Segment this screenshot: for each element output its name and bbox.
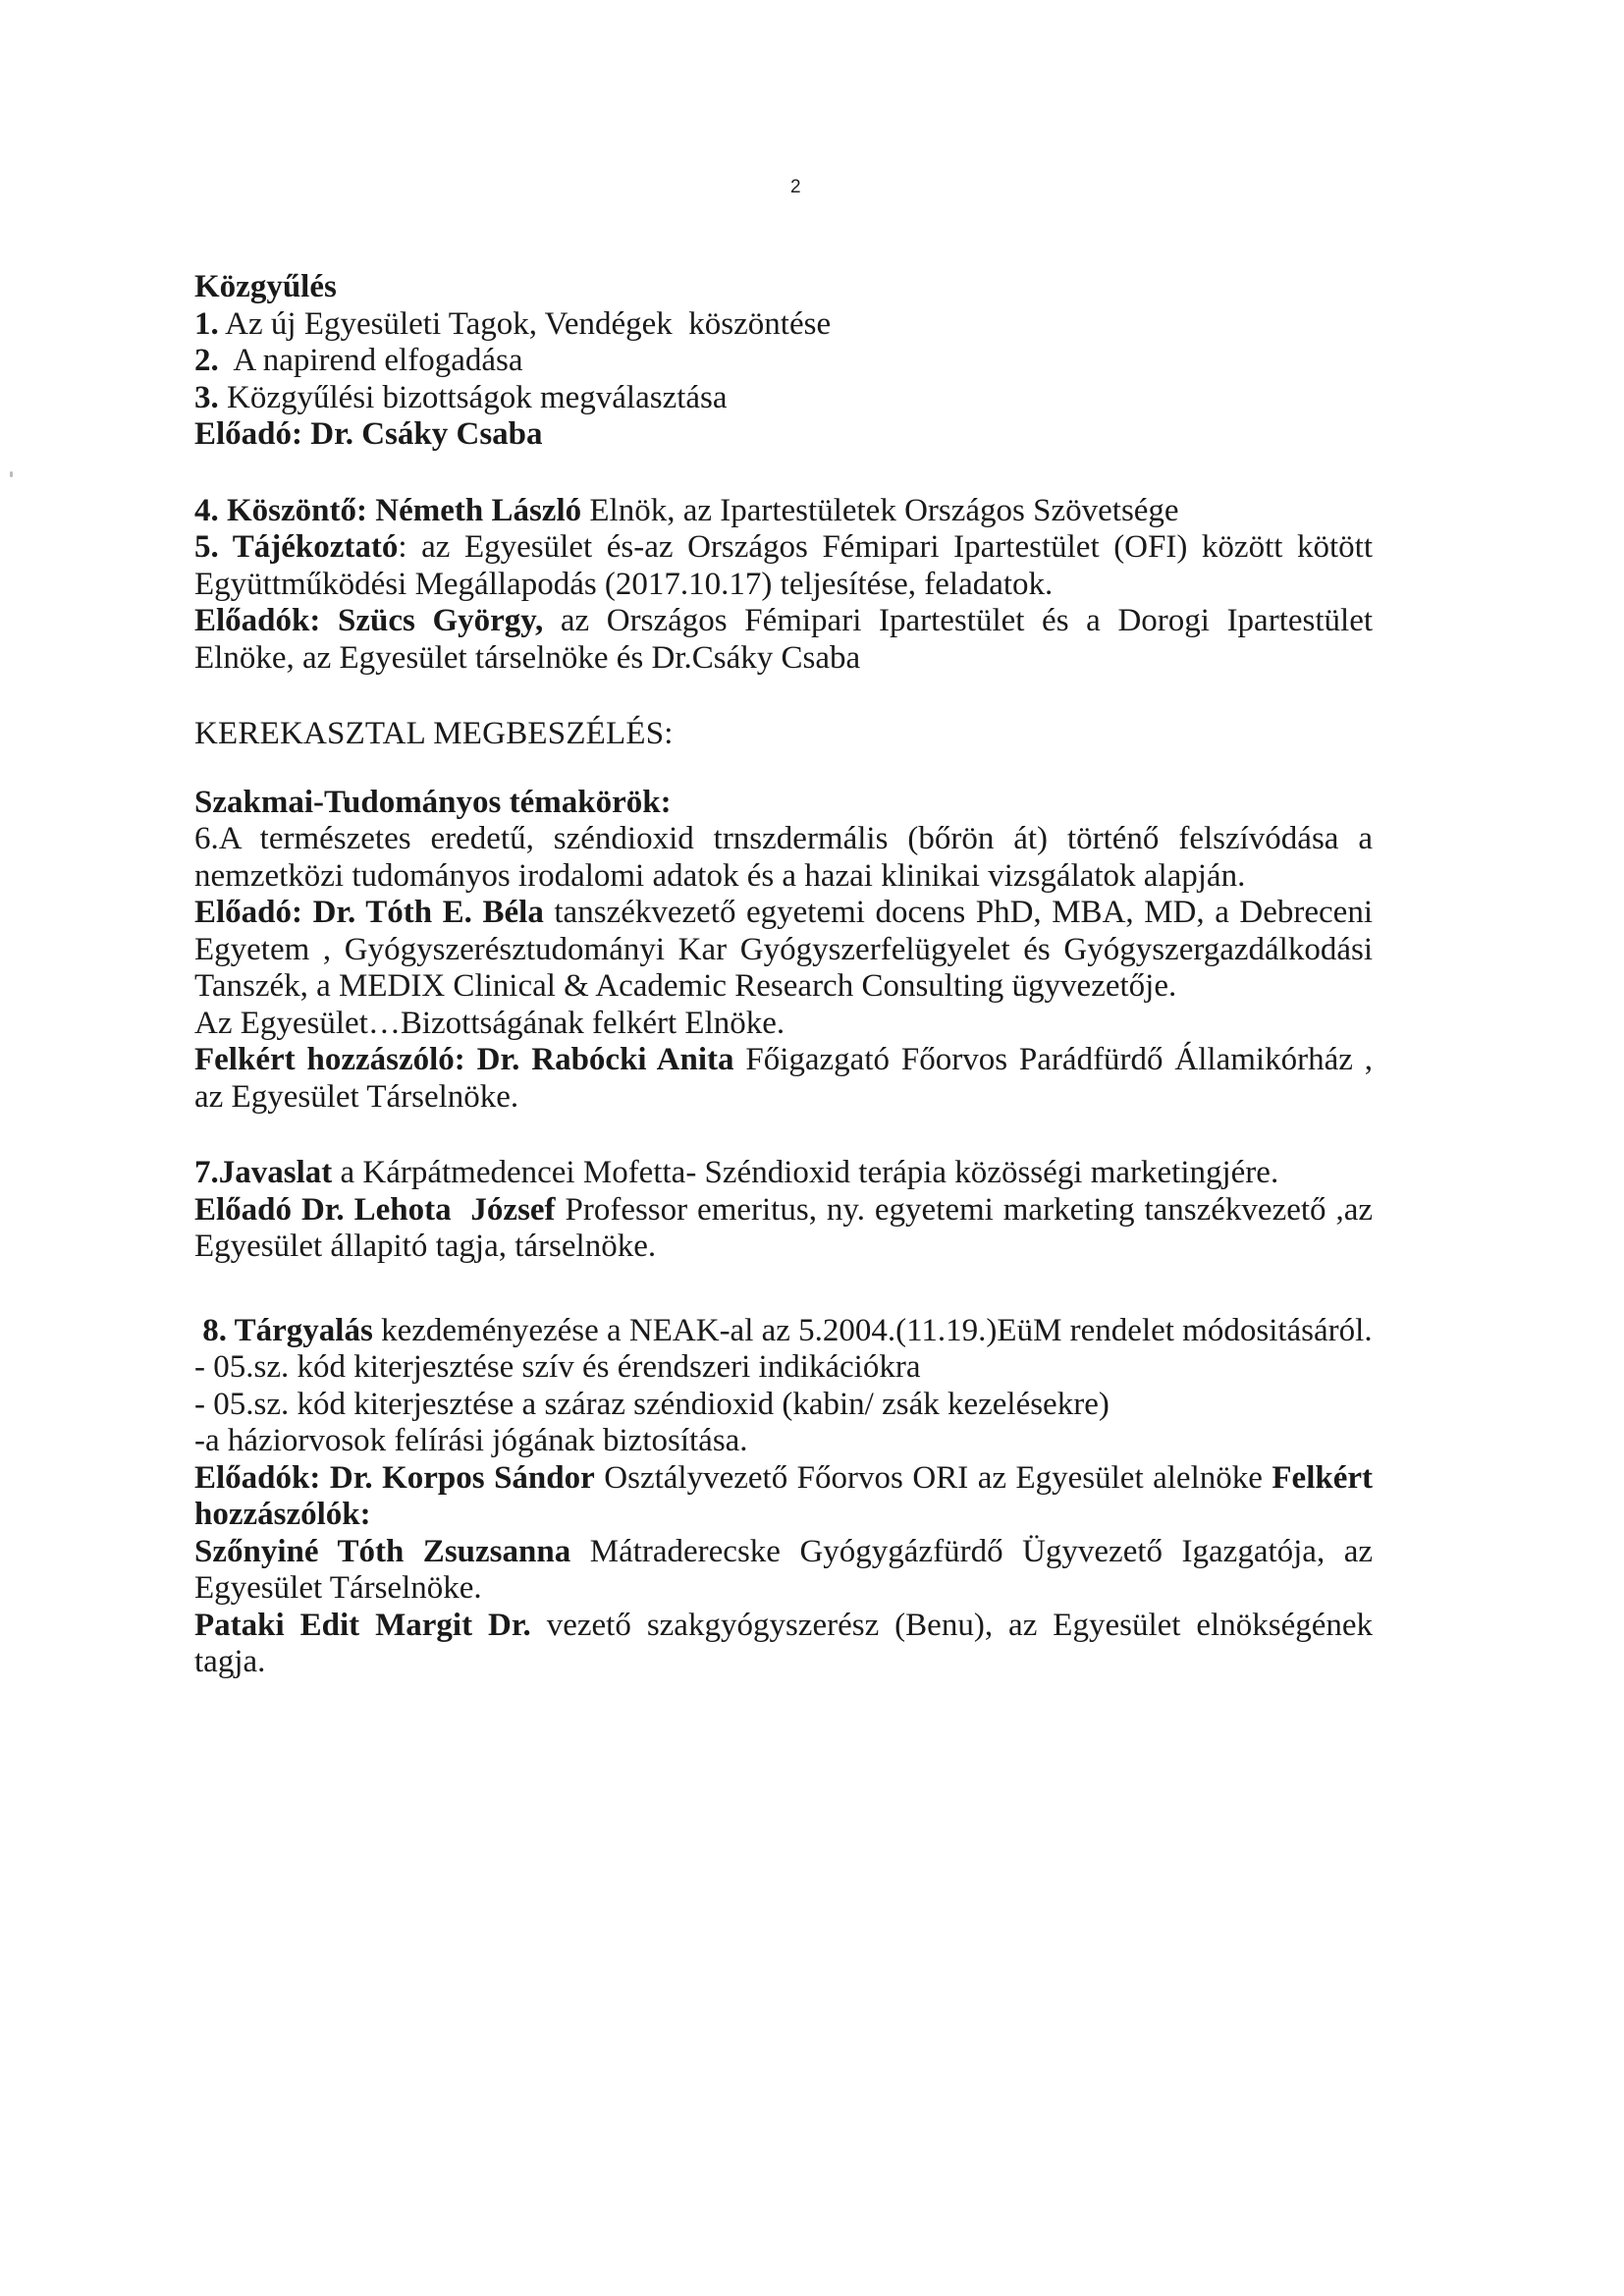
agenda-item-8-presenters: Előadók: Dr. Korpos Sándor Osztályvezető…: [194, 1460, 1373, 1534]
item-number: 1.: [194, 306, 219, 342]
agenda-item-6: 6.A természetes eredetű, széndioxid trns…: [194, 821, 1373, 895]
agenda-item-8-bullet: -a háziorvosok felírási jógának biztosít…: [194, 1423, 1373, 1460]
contributor-2: Pataki Edit Margit Dr. vezető szakgyógys…: [194, 1608, 1373, 1681]
contributor-2-name: Pataki Edit Margit Dr.: [194, 1608, 531, 1643]
item-4-text: Elnök, az Ipartestületek Országos Szövet…: [581, 493, 1178, 528]
agenda-item-2: 2. A napirend elfogadása: [194, 343, 1373, 380]
item-text: Az új Egyesületi Tagok, Vendégek köszönt…: [219, 306, 831, 342]
item-8-text: kezdeményezése a NEAK-al az 5.2004.(11.1…: [373, 1313, 1373, 1348]
item-6-contributor-bold: Felkért hozzászóló: Dr. Rabócki Anita: [194, 1042, 733, 1077]
agenda-item-5-presenters: Előadók: Szücs György, az Országos Fémip…: [194, 603, 1373, 677]
item-number: 2.: [194, 343, 219, 378]
page-number: 2: [790, 177, 801, 198]
agenda-item-6-presenter: Előadó: Dr. Tóth E. Béla tanszékvezető e…: [194, 895, 1373, 1006]
agenda-item-8-bullet: - 05.sz. kód kiterjesztése szív és érend…: [194, 1349, 1373, 1387]
item-5-bold: 5. Tájékoztató: [194, 529, 398, 565]
item-5-presenters-bold: Előadók: Szücs György,: [194, 603, 543, 638]
document-body: Közgyűlés 1. Az új Egyesületi Tagok, Ven…: [194, 269, 1373, 1681]
item-8-presenters-text: Osztályvezető Főorvos ORI az Egyesület a…: [595, 1460, 1272, 1496]
roundtable-heading: KEREKASZTAL MEGBESZÉLÉS:: [194, 716, 1373, 753]
agenda-item-5: 5. Tájékoztató: az Egyesület és-az Orszá…: [194, 529, 1373, 603]
item-text: A napirend elfogadása: [219, 343, 523, 378]
contributor-1: Szőnyiné Tóth Zsuzsanna Mátraderecske Gy…: [194, 1534, 1373, 1608]
item-6-presenter-bold: Előadó: Dr. Tóth E. Béla: [194, 895, 544, 930]
agenda-item-7-presenter: Előadó Dr. Lehota József Professor emeri…: [194, 1192, 1373, 1266]
agenda-item-6-contributor: Felkért hozzászóló: Dr. Rabócki Anita Fő…: [194, 1042, 1373, 1116]
item-7-bold: 7.Javaslat: [194, 1155, 332, 1190]
agenda-item-3: 3. Közgyűlési bizottságok megválasztása: [194, 380, 1373, 417]
item-text: Közgyűlési bizottságok megválasztása: [219, 380, 728, 415]
item-7-presenter-bold: Előadó Dr. Lehota József: [194, 1192, 556, 1228]
agenda-item-8: 8. Tárgyalás kezdeményezése a NEAK-al az…: [194, 1313, 1373, 1350]
item-7-text: a Kárpátmedencei Mofetta- Széndioxid ter…: [332, 1155, 1278, 1190]
contributor-1-name: Szőnyiné Tóth Zsuzsanna: [194, 1534, 570, 1569]
section-title: Közgyűlés: [194, 269, 1373, 306]
item-8-presenters-bold: Előadók: Dr. Korpos Sándor: [194, 1460, 595, 1496]
agenda-item-1: 1. Az új Egyesületi Tagok, Vendégek kösz…: [194, 306, 1373, 344]
topics-heading: Szakmai-Tudományos témakörök:: [194, 785, 1373, 822]
agenda-item-8-bullet: - 05.sz. kód kiterjesztése a száraz szén…: [194, 1387, 1373, 1424]
agenda-item-6-committee: Az Egyesület…Bizottságának felkért Elnök…: [194, 1006, 1373, 1043]
scan-artifact: [10, 471, 13, 477]
presenter-1: Előadó: Dr. Csáky Csaba: [194, 416, 1373, 454]
agenda-item-7: 7.Javaslat a Kárpátmedencei Mofetta- Szé…: [194, 1155, 1373, 1192]
item-number: 3.: [194, 380, 219, 415]
item-8-bold: 8. Tárgyalás: [194, 1313, 373, 1348]
agenda-item-4: 4. Köszöntő: Németh László Elnök, az Ipa…: [194, 493, 1373, 530]
item-4-bold: 4. Köszöntő: Németh László: [194, 493, 581, 528]
